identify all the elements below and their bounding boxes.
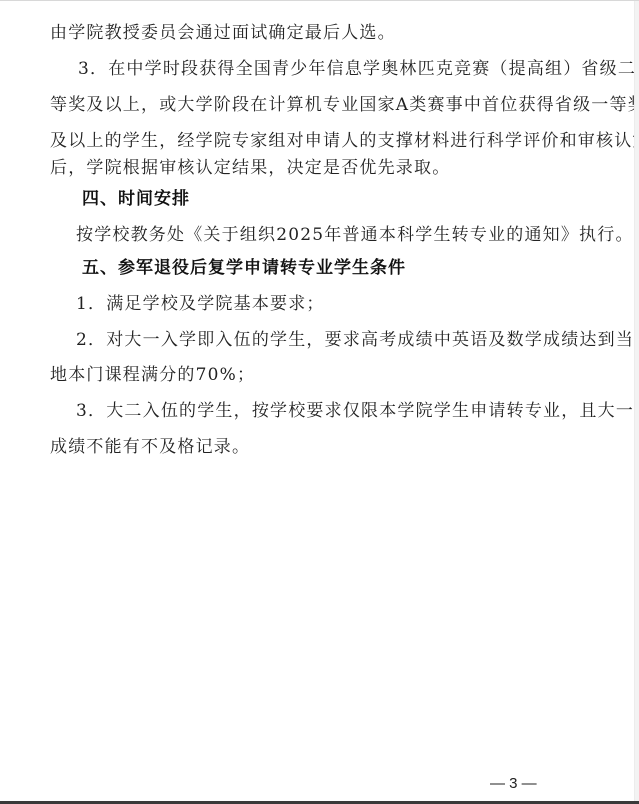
- body-line: 等奖及以上，或大学阶段在计算机专业国家A类赛事中首位获得省级一等奖: [50, 95, 639, 115]
- body-line: 成绩不能有不及格记录。: [50, 437, 250, 457]
- body-line: 及以上的学生，经学院专家组对申请人的支撑材料进行科学评价和审核认定: [50, 131, 639, 151]
- document-page: 由学院教授委员会通过面试确定最后人选。 3．在中学时段获得全国青少年信息学奥林匹…: [0, 0, 639, 804]
- section-heading-veteran-conditions: 五、参军退役后复学申请转专业学生条件: [82, 258, 406, 278]
- body-line: 后，学院根据审核认定结果，决定是否优先录取。: [50, 158, 450, 178]
- list-item-1: 1．满足学校及学院基本要求；: [76, 294, 325, 314]
- list-item-2: 2．对大一入学即入伍的学生，要求高考成绩中英语及数学成绩达到当: [76, 330, 634, 350]
- page-number: — 3 —: [490, 775, 537, 792]
- body-line: 地本门课程满分的70%；: [50, 365, 255, 385]
- body-line: 按学校教务处《关于组织2025年普通本科学生转专业的通知》执行。: [76, 225, 634, 245]
- body-line: 由学院教授委员会通过面试确定最后人选。: [50, 23, 396, 43]
- section-heading-schedule: 四、时间安排: [82, 189, 190, 209]
- page-edge: [634, 1, 639, 801]
- list-item-3-start: 3．在中学时段获得全国青少年信息学奥林匹克竞赛（提高组）省级二: [78, 59, 636, 79]
- list-item-3: 3．大二入伍的学生，按学校要求仅限本学院学生申请转专业，且大一: [76, 401, 634, 421]
